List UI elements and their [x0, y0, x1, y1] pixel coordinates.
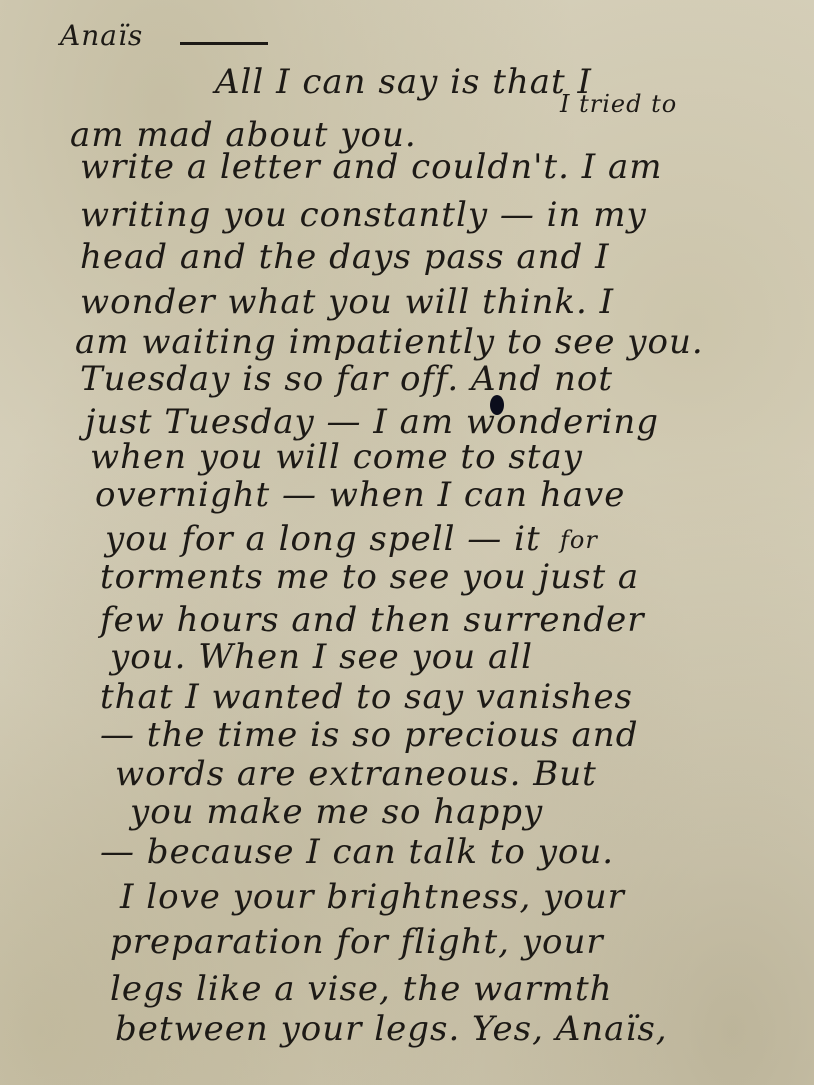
- handwritten-line: I tried to: [560, 92, 677, 116]
- handwritten-line: wonder what you will think. I: [80, 285, 614, 319]
- handwritten-line: you for a long spell — it: [105, 522, 541, 556]
- handwritten-line: preparation for flight, your: [110, 925, 604, 959]
- salutation-dash: [180, 42, 268, 45]
- handwritten-line: am waiting impatiently to see you.: [75, 325, 704, 359]
- handwritten-line: Tuesday is so far off. And not: [80, 362, 613, 396]
- handwritten-line: you make me so happy: [130, 795, 543, 829]
- letter-page: Anaïs All I can say is that II tried toa…: [0, 0, 814, 1085]
- handwritten-line: I love your brightness, your: [120, 880, 625, 914]
- handwritten-line: when you will come to stay: [90, 440, 583, 474]
- handwritten-line: writing you constantly — in my: [80, 198, 647, 232]
- handwritten-line: All I can say is that I: [215, 65, 592, 99]
- handwritten-line: for: [560, 528, 598, 552]
- ink-blot: [490, 395, 504, 415]
- salutation: Anaïs: [60, 22, 143, 50]
- handwritten-line: you. When I see you all: [110, 640, 533, 674]
- handwritten-line: — because I can talk to you.: [100, 835, 614, 869]
- handwritten-line: torments me to see you just a: [100, 560, 639, 594]
- handwritten-line: just Tuesday — I am wondering: [85, 405, 659, 439]
- handwritten-line: — the time is so precious and: [100, 718, 638, 752]
- handwritten-line: legs like a vise, the warmth: [110, 972, 613, 1006]
- handwritten-line: head and the days pass and I: [80, 240, 610, 274]
- handwritten-line: that I wanted to say vanishes: [100, 680, 633, 714]
- handwritten-line: overnight — when I can have: [95, 478, 625, 512]
- handwritten-line: between your legs. Yes, Anaïs,: [115, 1012, 668, 1046]
- handwritten-line: write a letter and couldn't. I am: [80, 150, 662, 184]
- handwritten-line: few hours and then surrender: [100, 603, 645, 637]
- handwritten-line: words are extraneous. But: [115, 757, 597, 791]
